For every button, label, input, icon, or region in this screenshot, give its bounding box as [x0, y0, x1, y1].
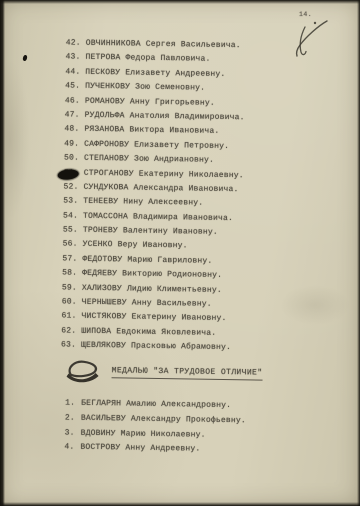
- item-number: 55.: [63, 226, 78, 235]
- item-number: 45.: [65, 82, 80, 91]
- item-number: 44.: [65, 67, 80, 76]
- item-number: 62.: [61, 326, 76, 335]
- item-name: ОВЧИННИКОВА Сергея Васильевича.: [86, 39, 241, 50]
- item-name: ЧИСТЯКОВУ Екатерину Ивановну.: [81, 312, 226, 323]
- item-name: ШИПОВА Евдокима Яковлевича.: [81, 327, 216, 338]
- item-number: 49.: [64, 139, 79, 148]
- item-number: 50.: [64, 154, 79, 163]
- item-name: СУНДУКОВА Александра Ивановича.: [83, 183, 238, 194]
- item-name: ТЕНЕЕВУ Нину Алексеевну.: [83, 197, 203, 208]
- item-number: 1.: [64, 398, 75, 407]
- item-number: 53.: [63, 197, 78, 206]
- item-name: СТРОГАНОВУ Екатерину Николаевну.: [84, 168, 244, 180]
- item-name: ФЕДЯЕВУ Викторию Родионовну.: [82, 269, 222, 280]
- item-name: РУДОЛЬФА Анатолия Владимировича.: [85, 111, 245, 123]
- item-name: ТОМАССОНА Владимира Ивановича.: [83, 211, 233, 222]
- list-item: 63.ЩЕВЛЯКОВУ Прасковью Абрамовну.: [61, 341, 241, 358]
- item-number: 43.: [65, 53, 80, 62]
- item-number: 46.: [65, 96, 80, 105]
- item-name: ПЕТРОВА Федора Павловича.: [85, 53, 210, 64]
- item-name: УСЕНКО Веру Ивановну.: [83, 240, 188, 251]
- item-name: ЧЕРНЫШЕВУ Анну Васильевну.: [82, 298, 212, 309]
- item-name: ФЕДОТОВУ Марию Гавриловну.: [82, 255, 212, 266]
- pen-scribble-icon: [62, 356, 104, 387]
- item-number: 48.: [64, 125, 79, 134]
- awards-list-medal: 1.БЕГЛАРЯН Амалию Александровну.2.ВАСИЛЬ…: [63, 398, 246, 460]
- item-number: 60.: [62, 297, 77, 306]
- item-number: 52.: [63, 182, 78, 191]
- item-name: БЕГЛАРЯН Амалию Александровну.: [81, 399, 231, 410]
- item-number: 47.: [65, 110, 80, 119]
- item-name: ЩЕВЛЯКОВУ Прасковью Абрамовну.: [81, 341, 231, 352]
- item-number: 57.: [62, 254, 77, 263]
- item-name: ПУЧЕНКОВУ Зою Семеновну.: [85, 82, 205, 93]
- item-number: 58.: [62, 269, 77, 278]
- item-name: ВАСИЛЬЕВУ Александру Прокофьевну.: [81, 414, 246, 426]
- item-number: 59.: [62, 283, 77, 292]
- item-number: 63.: [61, 341, 76, 350]
- item-number: 4.: [63, 443, 74, 452]
- item-number: 56.: [63, 240, 78, 249]
- item-number: 42.: [66, 38, 81, 47]
- item-name: ВОСТРОВУ Анну Андреевну.: [80, 443, 200, 454]
- awards-list-main: 42.ОВЧИННИКОВА Сергея Васильевича.43.ПЕТ…: [61, 38, 246, 357]
- ink-blot: [57, 168, 79, 180]
- item-name: ВДОВИНУ Марию Николаевну.: [81, 428, 206, 439]
- scanned-page: 14. 42.ОВЧИННИКОВА Сергея Васильевича.43…: [0, 0, 360, 506]
- item-number: 3.: [64, 428, 75, 437]
- item-name: РОМАНОВУ Анну Григорьевну.: [85, 96, 215, 107]
- item-name: СТЕПАНОВУ Зою Андриановну.: [84, 154, 214, 165]
- item-name: САФРОНОВУ Елизавету Петровну.: [84, 140, 229, 151]
- item-name: ХАЛИЗОВУ Лидию Климентьевну.: [82, 283, 222, 294]
- item-name: ТРОНЕВУ Валентину Ивановну.: [83, 226, 218, 237]
- item-number: 54.: [63, 211, 78, 220]
- item-name: РЯЗАНОВА Виктора Ивановича.: [84, 125, 219, 136]
- section-heading: МЕДАЛЬЮ "ЗА ТРУДОВОЕ ОТЛИЧИЕ": [112, 366, 263, 380]
- item-name: ПЕСКОВУ Елизавету Андреевну.: [85, 68, 225, 79]
- item-number: 61.: [61, 312, 76, 321]
- item-number: 2.: [64, 413, 75, 422]
- list-item: 4.ВОСТРОВУ Анну Андреевну.: [63, 443, 245, 461]
